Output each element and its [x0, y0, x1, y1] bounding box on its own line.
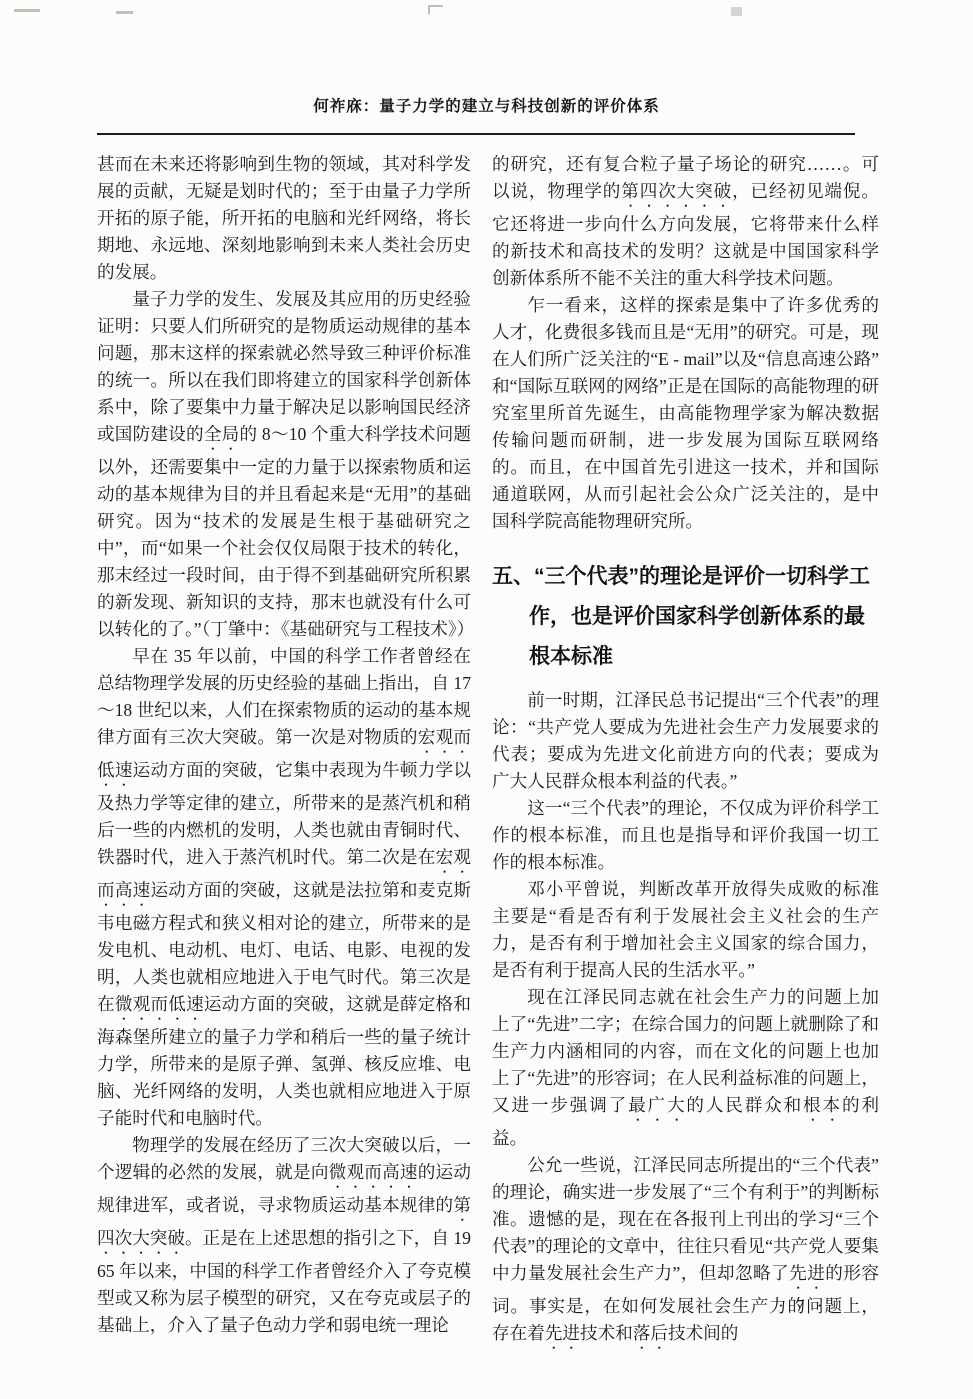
paragraph: 现在江泽民同志就在社会生产力的问题上加上了“先进”二字；在综合国力的问题上就删除…	[492, 984, 879, 1152]
emphasized-text: 微观而低速	[115, 994, 204, 1014]
text-run: 运动方面的突破，这就是薛定格和海森堡所建立的量子力学和稍后一些的量子统计力学，所…	[97, 994, 471, 1128]
emphasized-text: 最广大	[628, 1095, 686, 1115]
paragraph: 这一“三个代表”的理论，不仅成为评价科学工作的根本标准，而且也是指导和评价我国一…	[492, 795, 879, 876]
paragraph: 前一时期，江泽民总书记提出“三个代表”的理论：“共产党人要成为先进社会生产力发展…	[492, 687, 879, 795]
text-run: 早在 35 年以前，中国的科学工作者曾经在总结物理学发展的历史经验的基础上指出，…	[97, 646, 471, 747]
scanned-page: 何祚庥：量子力学的建立与科技创新的评价体系 甚而在未来还将影响到生物的领域，其对…	[0, 0, 973, 1399]
text-run: 技术间的	[668, 1323, 738, 1343]
scan-artifact	[14, 9, 40, 12]
text-run: 甚而在未来还将影响到生物的领域，其对科学发展的贡献，无疑是划时代的；至于由量子力…	[97, 154, 471, 282]
emphasized-text: 根本	[803, 1095, 842, 1115]
header-divider	[97, 133, 855, 135]
paragraph: 的研究，还有复合粒子量子场论的研究……。可以说，物理学的第四次大突破，已经初见端…	[492, 151, 879, 292]
text-run: 前一时期，江泽民总书记提出“三个代表”的理论：“共产党人要成为先进社会生产力发展…	[492, 690, 879, 791]
paragraph: 早在 35 年以前，中国的科学工作者曾经在总结物理学发展的历史经验的基础上指出，…	[97, 643, 471, 1132]
text-run: 这一“三个代表”的理论，不仅成为评价科学工作的根本标准，而且也是指导和评价我国一…	[492, 798, 879, 872]
page-number: · 7 ·	[778, 1296, 826, 1316]
text-run: 邓小平曾说，判断改革开放得失成败的标准主要是“看是否有利于发展社会主义社会的生产…	[492, 879, 879, 980]
paragraph: 邓小平曾说，判断改革开放得失成败的标准主要是“看是否有利于发展社会主义社会的生产…	[492, 876, 879, 984]
paragraph: 量子力学的发生、发展及其应用的历史经验证明：只要人们所研究的是物质运动规律的基本…	[97, 286, 471, 643]
scan-artifact	[428, 5, 443, 14]
emphasized-text: 落后	[633, 1323, 668, 1343]
column-right: 的研究，还有复合粒子量子场论的研究……。可以说，物理学的第四次大突破，已经初见端…	[492, 151, 879, 1353]
paragraph: 甚而在未来还将影响到生物的领域，其对科学发展的贡献，无疑是划时代的；至于由量子力…	[97, 151, 471, 286]
text-run: 量子力学的发生、发展及其应用的历史经验证明：只要人们所研究的是物质运动规律的基本…	[97, 289, 471, 444]
emphasized-text: 全局	[204, 424, 240, 444]
scan-artifact	[731, 7, 742, 16]
text-run: 的人民群众和	[686, 1095, 803, 1115]
emphasized-text: 微观而高速	[329, 1162, 418, 1182]
paragraph: 物理学的发展在经历了三次大突破以后，一个逻辑的必然的发展，就是向微观而高速的运动…	[97, 1132, 471, 1339]
section-heading: 五、“三个代表”的理论是评价一切科学工作，也是评价国家科学创新体系的最根本标准	[492, 557, 879, 677]
text-run: 技术和	[580, 1323, 633, 1343]
emphasized-text: 先进	[789, 1263, 825, 1283]
text-run: 的 8～10 个重大科学技术问题以外，还需要集中一定的力量于以探索物质和运动的基…	[97, 424, 474, 639]
running-header-title: 何祚庥：量子力学的建立与科技创新的评价体系	[0, 94, 973, 116]
text-run: 五、“三个代表”的理论是评价一切科学工作，也是评价国家科学创新体系的最根本标准	[492, 565, 870, 668]
paragraph: 乍一看来，这样的探索是集中了许多优秀的人才，化费很多钱而且是“无用”的研究。可是…	[492, 292, 879, 535]
text-run: 乍一看来，这样的探索是集中了许多优秀的人才，化费很多钱而且是“无用”的研究。可是…	[492, 295, 879, 531]
emphasized-text: 先进	[545, 1323, 580, 1343]
text-run: 运动方面的突破，它集中表现为牛顿力学以及热力学等定律的建立，所带来的是蒸汽机和稍…	[97, 760, 471, 867]
text-columns: 甚而在未来还将影响到生物的领域，其对科学发展的贡献，无疑是划时代的；至于由量子力…	[97, 151, 879, 1353]
paragraph: 公允一些说，江泽民同志所提出的“三个代表”的理论，确实进一步发展了“三个有利于”…	[492, 1152, 879, 1353]
column-left: 甚而在未来还将影响到生物的领域，其对科学发展的贡献，无疑是划时代的；至于由量子力…	[97, 151, 471, 1353]
scan-artifact	[116, 11, 133, 14]
emphasized-text: 第四次大突破	[621, 181, 732, 201]
